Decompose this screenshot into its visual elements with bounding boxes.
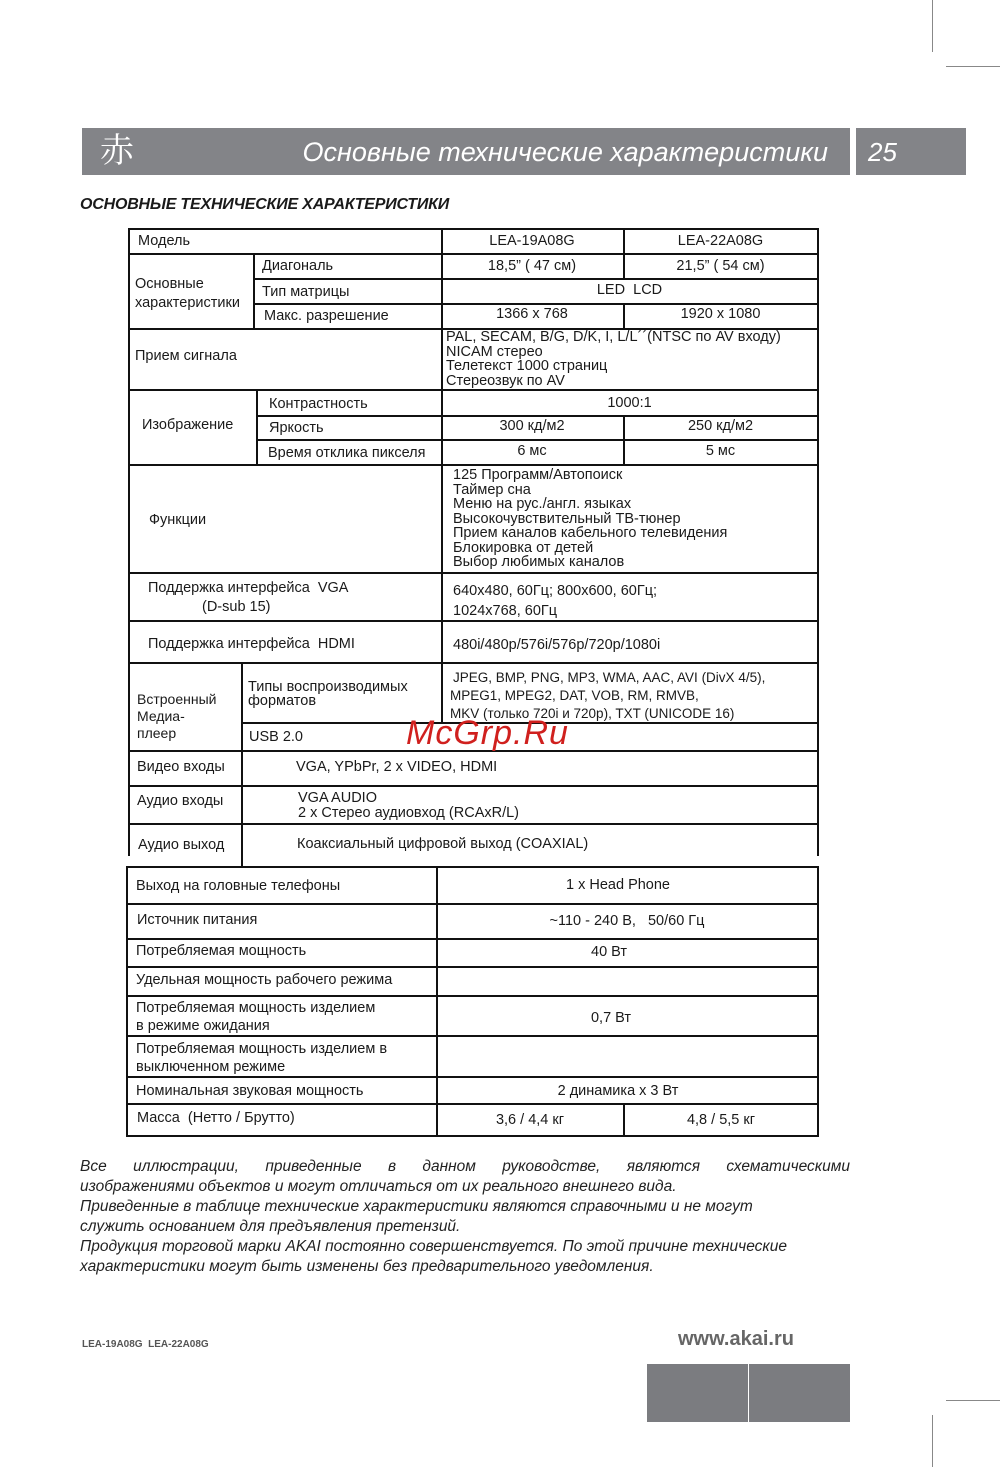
note-line: Приведенные в таблице технические характ… bbox=[80, 1197, 850, 1217]
table-border bbox=[126, 866, 819, 868]
functions-list: 125 Программ/Автопоиск Таймер сна Меню н… bbox=[453, 468, 727, 570]
vga-label-line1: Поддержка интерфейса VGA bbox=[148, 579, 348, 598]
table-border bbox=[441, 572, 443, 620]
table-border bbox=[126, 966, 819, 968]
function-item: Меню на рус./англ. языках bbox=[453, 497, 727, 512]
table-border bbox=[253, 303, 819, 305]
headphones-label: Выход на головные телефоны bbox=[136, 879, 340, 894]
resolution-label: Макс. разрешение bbox=[264, 309, 389, 324]
power-consumption-label: Потребляемая мощность bbox=[136, 944, 306, 959]
vga-value: 640x480, 60Гц; 800x600, 60Гц; 1024x768, … bbox=[453, 581, 657, 621]
hdmi-label: Поддержка интерфейса HDMI bbox=[148, 637, 355, 652]
brightness-label: Яркость bbox=[269, 421, 324, 436]
table-border bbox=[126, 1103, 819, 1105]
footer-box-right bbox=[749, 1364, 850, 1422]
resolution-value-1: 1366 x 768 bbox=[441, 307, 623, 322]
note-line: служить основанием для предъявления прет… bbox=[80, 1217, 850, 1237]
audio-out-label: Аудио выход bbox=[138, 838, 224, 853]
table-border bbox=[817, 228, 819, 856]
function-item: Выбор любимых каналов bbox=[453, 555, 727, 570]
power-source-label: Источник питания bbox=[137, 913, 257, 928]
off-power-label: Потребляемая мощность изделием в выключе… bbox=[136, 1040, 387, 1076]
footer-url[interactable]: www.akai.ru bbox=[678, 1328, 794, 1351]
contrast-value: 1000:1 bbox=[441, 396, 818, 411]
crop-mark bbox=[946, 66, 1000, 67]
table-border bbox=[126, 938, 819, 940]
vga-label-line2: (D-sub 15) bbox=[148, 598, 348, 617]
table-border bbox=[253, 253, 255, 328]
section-title: ОСНОВНЫЕ ТЕХНИЧЕСКИЕ ХАРАКТЕРИСТИКИ bbox=[80, 196, 449, 214]
formats-label-line: Типы воспроизводимых bbox=[248, 680, 408, 694]
footer-models: LEA-19A08G LEA-22A08G bbox=[82, 1339, 209, 1350]
page-number: 25 bbox=[868, 134, 897, 170]
power-consumption-value: 40 Вт bbox=[418, 945, 800, 960]
table-border bbox=[441, 620, 443, 662]
table-border bbox=[256, 439, 819, 441]
table-border bbox=[441, 328, 443, 389]
table-border bbox=[128, 572, 819, 574]
media-label: Встроенный Медиа- плеер bbox=[137, 691, 216, 742]
matrix-label: Тип матрицы bbox=[262, 285, 349, 300]
vga-value-line1: 640x480, 60Гц; 800x600, 60Гц; bbox=[453, 581, 657, 601]
signal-list: PAL, SECAM, B/G, D/K, I, L/L´´(NTSC по A… bbox=[446, 330, 781, 388]
table-border bbox=[256, 415, 819, 417]
table-border bbox=[241, 662, 243, 750]
note-line: характеристики могут быть изменены без п… bbox=[80, 1257, 850, 1277]
audio-in-line: 2 x Стерео аудиовход (RCAxR/L) bbox=[298, 806, 519, 821]
note-line: Продукция торговой марки AKAI постоянно … bbox=[80, 1237, 850, 1257]
standby-power-label: Потребляемая мощность изделием в режиме … bbox=[136, 999, 375, 1035]
function-item: Блокировка от детей bbox=[453, 541, 727, 556]
formats-line: MPEG1, MPEG2, DAT, VOB, RM, RMVB, bbox=[450, 687, 765, 705]
signal-line: NICAM стерео bbox=[446, 345, 781, 360]
signal-line: Стереозвук по AV bbox=[446, 374, 781, 389]
signal-line: Телетекст 1000 страниц bbox=[446, 359, 781, 374]
table-border bbox=[126, 1135, 819, 1137]
function-item: Таймер сна bbox=[453, 483, 727, 498]
diagonal-label: Диагональ bbox=[262, 259, 333, 274]
standby-power-value: 0,7 Вт bbox=[418, 1011, 804, 1026]
formats-label-line: форматов bbox=[248, 694, 408, 708]
response-label: Время отклика пикселя bbox=[268, 446, 425, 461]
function-item: 125 Программ/Автопоиск bbox=[453, 468, 727, 483]
table-border bbox=[128, 662, 819, 664]
mass-value-1: 3,6 / 4,4 кг bbox=[436, 1113, 624, 1128]
page-header: 赤 Основные технические характеристики bbox=[82, 128, 850, 175]
vga-value-line2: 1024x768, 60Гц bbox=[453, 601, 657, 621]
signal-line: PAL, SECAM, B/G, D/K, I, L/L´´(NTSC по A… bbox=[446, 330, 781, 345]
table-border bbox=[128, 389, 819, 391]
table-border bbox=[128, 228, 819, 230]
resolution-value-2: 1920 x 1080 bbox=[623, 307, 818, 322]
off-label-line: выключенном режиме bbox=[136, 1058, 387, 1076]
audio-out-value: Коаксиальный цифровой выход (COAXIAL) bbox=[297, 837, 588, 852]
response-value-2: 5 мс bbox=[623, 444, 818, 459]
audio-in-label: Аудио входы bbox=[137, 794, 223, 809]
functions-label: Функции bbox=[149, 513, 206, 528]
formats-line: JPEG, BMP, PNG, MP3, WMA, AAC, AVI (DivX… bbox=[450, 669, 765, 687]
footer-box-left bbox=[647, 1364, 748, 1422]
off-label-line: Потребляемая мощность изделием в bbox=[136, 1040, 387, 1058]
formats-label: Типы воспроизводимых форматов bbox=[248, 680, 408, 708]
table-border bbox=[126, 866, 128, 1137]
kanji-logo-icon: 赤 bbox=[100, 130, 134, 172]
table-border bbox=[128, 823, 819, 825]
table-border bbox=[128, 785, 819, 787]
brightness-value-2: 250 кд/м2 bbox=[623, 419, 818, 434]
model-value-2: LEA-22A08G bbox=[623, 234, 818, 249]
response-value-1: 6 мс bbox=[441, 444, 623, 459]
media-label-line: Медиа- bbox=[137, 708, 216, 725]
audio-in-value: VGA AUDIO 2 x Стерео аудиовход (RCAxR/L) bbox=[298, 791, 519, 821]
contrast-label: Контрастность bbox=[269, 397, 368, 412]
standby-label-line: в режиме ожидания bbox=[136, 1017, 375, 1035]
diagonal-value-2: 21,5” ( 54 см) bbox=[623, 259, 818, 274]
table-border bbox=[126, 1076, 819, 1078]
vga-label: Поддержка интерфейса VGA (D-sub 15) bbox=[148, 579, 348, 617]
table-border bbox=[253, 278, 819, 280]
table-border bbox=[126, 995, 819, 997]
table-border bbox=[128, 253, 819, 255]
image-label: Изображение bbox=[142, 418, 233, 433]
crop-mark bbox=[932, 0, 933, 52]
main-label: Основные характеристики bbox=[135, 275, 253, 313]
mass-value-2: 4,8 / 5,5 кг bbox=[624, 1113, 818, 1128]
table-border bbox=[126, 903, 819, 905]
header-title: Основные технические характеристики bbox=[303, 134, 829, 170]
crop-mark bbox=[932, 1415, 933, 1467]
sound-power-label: Номинальная звуковая мощность bbox=[136, 1084, 363, 1099]
media-label-line: плеер bbox=[137, 725, 216, 742]
table-border bbox=[126, 1035, 819, 1037]
hdmi-value: 480i/480p/576i/576p/720p/1080i bbox=[453, 638, 660, 653]
table-border bbox=[441, 464, 443, 572]
matrix-value: LED LCD bbox=[441, 283, 818, 298]
audio-in-line: VGA AUDIO bbox=[298, 791, 519, 806]
function-item: Высокочувствительный ТВ-тюнер bbox=[453, 512, 727, 527]
usb-label: USB 2.0 bbox=[249, 730, 303, 745]
model-label: Модель bbox=[138, 234, 190, 249]
model-value-1: LEA-19A08G bbox=[441, 234, 623, 249]
video-in-label: Видео входы bbox=[137, 760, 225, 775]
note-line: Все иллюстрации, приведенные в данном ру… bbox=[80, 1157, 850, 1177]
video-in-value: VGA, YPbPr, 2 x VIDEO, HDMI bbox=[296, 760, 497, 775]
table-border bbox=[441, 662, 443, 722]
media-label-line: Встроенный bbox=[137, 691, 216, 708]
note-line: изображениями объектов и могут отличатьс… bbox=[80, 1177, 850, 1197]
diagonal-value-1: 18,5” ( 47 см) bbox=[441, 259, 623, 274]
power-source-value: ~110 - 240 В, 50/60 Гц bbox=[436, 914, 818, 929]
watermark: McGrp.Ru bbox=[406, 714, 569, 753]
table-border bbox=[128, 464, 819, 466]
page-number-box: 25 bbox=[856, 128, 966, 175]
sound-power-value: 2 динамика x 3 Вт bbox=[418, 1084, 818, 1099]
standby-label-line: Потребляемая мощность изделием bbox=[136, 999, 375, 1017]
signal-label: Прием сигнала bbox=[135, 349, 237, 364]
headphones-value: 1 x Head Phone bbox=[418, 878, 818, 893]
function-item: Прием каналов кабельного телевидения bbox=[453, 526, 727, 541]
brightness-value-1: 300 кд/м2 bbox=[441, 419, 623, 434]
specific-power-label: Удельная мощность рабочего режима bbox=[136, 973, 392, 988]
main-label-text: Основные характеристики bbox=[135, 276, 240, 311]
table-border bbox=[256, 389, 258, 464]
mass-label: Масса (Нетто / Брутто) bbox=[137, 1111, 295, 1126]
crop-mark bbox=[946, 1400, 1000, 1401]
table-border bbox=[241, 750, 243, 866]
table-border bbox=[128, 228, 130, 856]
